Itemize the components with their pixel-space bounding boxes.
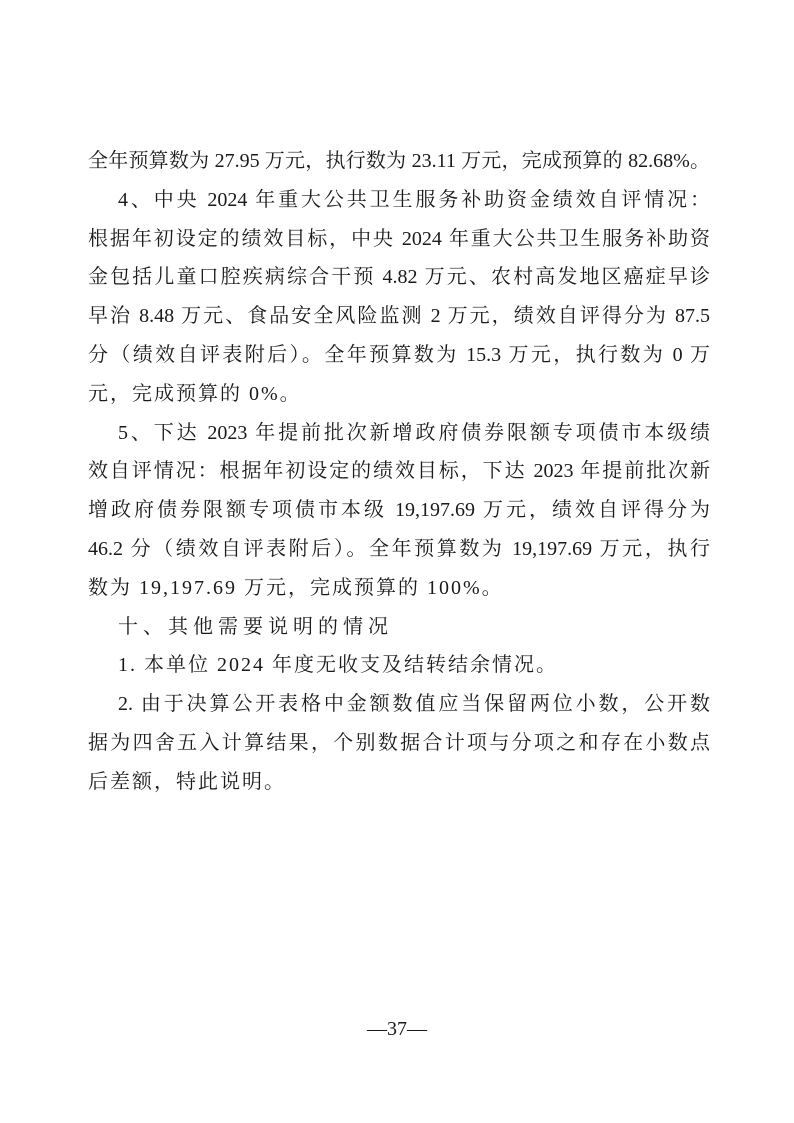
text-line: 46.2 分（绩效自评表附后）。全年预算数为 19,197.69 万元，执行: [88, 530, 710, 569]
text-line: 早治 8.48 万元、食品安全风险监测 2 万元，绩效自评得分为 87.5: [88, 297, 710, 336]
text-line: 数为 19,197.69 万元，完成预算的 100%。: [88, 569, 710, 608]
text-line: 据为四舍五入计算结果，个别数据合计项与分项之和存在小数点: [88, 724, 710, 763]
text-line: 1. 本单位 2024 年度无收支及结转结余情况。: [88, 646, 710, 685]
document-body: 全年预算数为 27.95 万元，执行数为 23.11 万元，完成预算的 82.6…: [88, 142, 710, 802]
text-line: 后差额，特此说明。: [88, 763, 710, 802]
text-line: 效自评情况：根据年初设定的绩效目标，下达 2023 年提前批次新: [88, 452, 710, 491]
text-line: 4、中央 2024 年重大公共卫生服务补助资金绩效自评情况：: [88, 181, 710, 220]
section-heading: 十、其他需要说明的情况: [88, 608, 710, 647]
text-line: 5、下达 2023 年提前批次新增政府债券限额专项债市本级绩: [88, 414, 710, 453]
text-line: 全年预算数为 27.95 万元，执行数为 23.11 万元，完成预算的 82.6…: [88, 142, 710, 181]
text-line: 金包括儿童口腔疾病综合干预 4.82 万元、农村高发地区癌症早诊: [88, 258, 710, 297]
document-page: 全年预算数为 27.95 万元，执行数为 23.11 万元，完成预算的 82.6…: [0, 0, 794, 1123]
page-footer: —37—: [0, 1014, 794, 1044]
text-line: 增政府债券限额专项债市本级 19,197.69 万元，绩效自评得分为: [88, 491, 710, 530]
text-line: 2. 由于决算公开表格中金额数值应当保留两位小数，公开数: [88, 685, 710, 724]
text-line: 分（绩效自评表附后）。全年预算数为 15.3 万元，执行数为 0 万: [88, 336, 710, 375]
page-number: —37—: [367, 1018, 427, 1040]
text-line: 根据年初设定的绩效目标，中央 2024 年重大公共卫生服务补助资: [88, 220, 710, 259]
text-line: 元，完成预算的 0%。: [88, 375, 710, 414]
